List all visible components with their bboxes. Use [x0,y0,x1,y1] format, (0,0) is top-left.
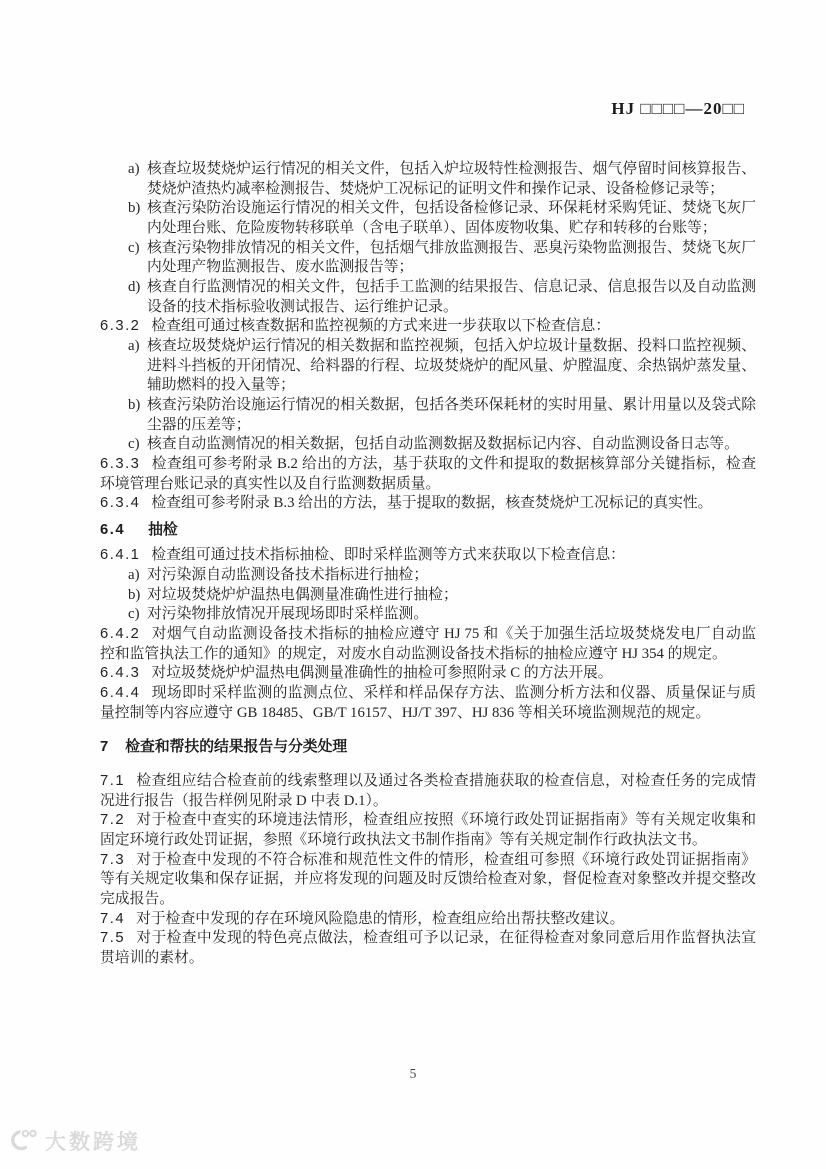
clause-number: 6.3.2 [100,318,140,334]
clause-text: 对于检查中查实的环境违法情形，检查组应按照《环境行政处罚证据指南》等有关规定收集… [100,812,756,848]
list-marker: b) [128,199,140,219]
clause-number: 6.3.3 [100,456,140,472]
clause-text: 对烟气自动监测设备技术指标的抽检应遵守 HJ 75 和《关于加强生活垃圾焚烧发电… [100,626,756,662]
clause-text: 现场即时采样监测的监测点位、采样和样品保存方法、监测分析方法和仪器、质量保证与质… [100,685,756,721]
section-heading-6-4: 6.4抽检 [100,521,756,541]
list-item: c)核查污染物排放情况的相关文件，包括烟气排放监测报告、恶臭污染物监测报告、焚烧… [100,239,756,278]
watermark-logo-icon [8,1127,40,1155]
clause-number: 7.2 [100,812,125,828]
clause-7-2: 7.2对于检查中查实的环境违法情形，检查组应按照《环境行政处罚证据指南》等有关规… [100,811,756,850]
list-item: b)核查污染防治设施运行情况的相关文件，包括设备检修记录、环保耗材采购凭证、焚烧… [100,199,756,238]
heading-text: 抽检 [148,522,178,538]
clause-number: 7.1 [100,773,125,789]
list-marker: c) [128,605,140,625]
clause-number: 7.3 [100,852,125,868]
clause-6-4-2: 6.4.2对烟气自动监测设备技术指标的抽检应遵守 HJ 75 和《关于加强生活垃… [100,625,756,664]
heading-text: 检查和帮扶的结果报告与分类处理 [125,739,347,755]
standard-number-header: HJ □□□□—20□□ [0,99,745,119]
document-body: a)核查垃圾焚烧炉运行情况的相关文件，包括入炉垃圾特性检测报告、烟气停留时间核算… [100,160,756,969]
list-marker: a) [128,160,140,180]
clause-number: 6.4.4 [100,685,140,701]
list-item-text: 核查垃圾焚烧炉运行情况的相关文件，包括入炉垃圾特性检测报告、烟气停留时间核算报告… [147,161,756,197]
watermark: 大数跨境 [8,1126,141,1156]
clause-6-4-4: 6.4.4现场即时采样监测的监测点位、采样和样品保存方法、监测分析方法和仪器、质… [100,684,756,723]
list-item: a)核查垃圾焚烧炉运行情况的相关数据和监控视频，包括入炉垃圾计量数据、投料口监控… [100,337,756,396]
page-number: 5 [0,1066,826,1082]
clause-number: 7.4 [100,911,125,927]
clause-6-3-3: 6.3.3检查组可参考附录 B.2 给出的方法，基于获取的文件和提取的数据核算部… [100,455,756,494]
list-marker: b) [128,396,140,416]
list-item: b)对垃圾焚烧炉炉温热电偶测量准确性进行抽检； [100,586,756,606]
clause-text: 检查组可通过技术指标抽检、即时采样监测等方式来获取以下检查信息： [151,547,625,563]
list-item-text: 对垃圾焚烧炉炉温热电偶测量准确性进行抽检； [147,587,458,603]
heading-number: 7 [100,739,108,755]
list-marker: b) [128,586,140,606]
clause-6-3-2: 6.3.2检查组可通过核查数据和监控视频的方式来进一步获取以下检查信息： [100,317,756,337]
list-item-text: 核查自动监测情况的相关数据，包括自动监测数据及数据标记内容、自动监测设备日志等。 [147,436,739,452]
list-item-text: 核查自行监测情况的相关文件，包括手工监测的结果报告、信息记录、信息报告以及自动监… [147,279,756,315]
list-item-text: 核查污染防治设施运行情况的相关数据，包括各类环保耗材的实时用量、累计用量以及袋式… [147,397,756,433]
clause-7-4: 7.4对于检查中发现的存在环境风险隐患的情形，检查组应给出帮扶整改建议。 [100,910,756,930]
list-item: b)核查污染防治设施运行情况的相关数据，包括各类环保耗材的实时用量、累计用量以及… [100,396,756,435]
clause-text: 对于检查中发现的特色亮点做法，检查组可予以记录，在征得检查对象同意后用作监督执法… [100,930,756,966]
list-item: d)核查自行监测情况的相关文件，包括手工监测的结果报告、信息记录、信息报告以及自… [100,278,756,317]
document-page: HJ □□□□—20□□ a)核查垃圾焚烧炉运行情况的相关文件，包括入炉垃圾特性… [0,0,826,1169]
list-marker: a) [128,337,140,357]
clause-7-3: 7.3对于检查中发现的不符合标准和规范性文件的情形，检查组可参照《环境行政处罚证… [100,851,756,910]
list-item-text: 核查垃圾焚烧炉运行情况的相关数据和监控视频，包括入炉垃圾计量数据、投料口监控视频… [147,338,756,393]
list-marker: d) [128,278,140,298]
clause-number: 6.4.2 [100,626,140,642]
list-item-text: 核查污染物排放情况的相关文件，包括烟气排放监测报告、恶臭污染物监测报告、焚烧飞灰… [147,240,756,276]
clause-text: 对垃圾焚烧炉炉温热电偶测量准确性的抽检可参照附录 C 的方法开展。 [151,665,612,681]
clause-number: 6.4.3 [100,665,140,681]
list-item: c)核查自动监测情况的相关数据，包括自动监测数据及数据标记内容、自动监测设备日志… [100,435,756,455]
list-item-text: 核查污染防治设施运行情况的相关文件，包括设备检修记录、环保耗材采购凭证、焚烧飞灰… [147,200,756,236]
list-item-text: 对污染物排放情况开展现场即时采样监测。 [147,606,428,622]
clause-6-3-4: 6.3.4检查组可参考附录 B.3 给出的方法，基于提取的数据，核查焚烧炉工况标… [100,494,756,514]
list-item-text: 对污染源自动监测设备技术指标进行抽检； [147,567,428,583]
list-item: a)核查垃圾焚烧炉运行情况的相关文件，包括入炉垃圾特性检测报告、烟气停留时间核算… [100,160,756,199]
clause-number: 7.5 [100,930,125,946]
clause-text: 检查组可参考附录 B.2 给出的方法，基于获取的文件和提取的数据核算部分关键指标… [100,456,756,492]
list-item: c)对污染物排放情况开展现场即时采样监测。 [100,605,756,625]
list-marker: c) [128,239,140,259]
list-marker: a) [128,566,140,586]
section-heading-7: 7检查和帮扶的结果报告与分类处理 [100,738,756,758]
list-item: a)对污染源自动监测设备技术指标进行抽检； [100,566,756,586]
clause-text: 检查组可通过核查数据和监控视频的方式来进一步获取以下检查信息： [151,318,610,334]
clause-text: 对于检查中发现的不符合标准和规范性文件的情形，检查组可参照《环境行政处罚证据指南… [100,852,756,907]
list-marker: c) [128,435,140,455]
clause-6-4-1: 6.4.1检查组可通过技术指标抽检、即时采样监测等方式来获取以下检查信息： [100,546,756,566]
clause-number: 6.3.4 [100,495,140,511]
clause-text: 检查组应结合检查前的线索整理以及通过各类检查措施获取的检查信息，对检查任务的完成… [100,773,756,809]
watermark-text: 大数跨境 [45,1126,141,1156]
clause-text: 对于检查中发现的存在环境风险隐患的情形，检查组应给出帮扶整改建议。 [136,911,624,927]
clause-number: 6.4.1 [100,547,140,563]
clause-7-1: 7.1检查组应结合检查前的线索整理以及通过各类检查措施获取的检查信息，对检查任务… [100,772,756,811]
clause-7-5: 7.5对于检查中发现的特色亮点做法，检查组可予以记录，在征得检查对象同意后用作监… [100,929,756,968]
clause-text: 检查组可参考附录 B.3 给出的方法，基于提取的数据，核查焚烧炉工况标记的真实性… [151,495,712,511]
heading-number: 6.4 [100,522,125,538]
clause-6-4-3: 6.4.3对垃圾焚烧炉炉温热电偶测量准确性的抽检可参照附录 C 的方法开展。 [100,664,756,684]
